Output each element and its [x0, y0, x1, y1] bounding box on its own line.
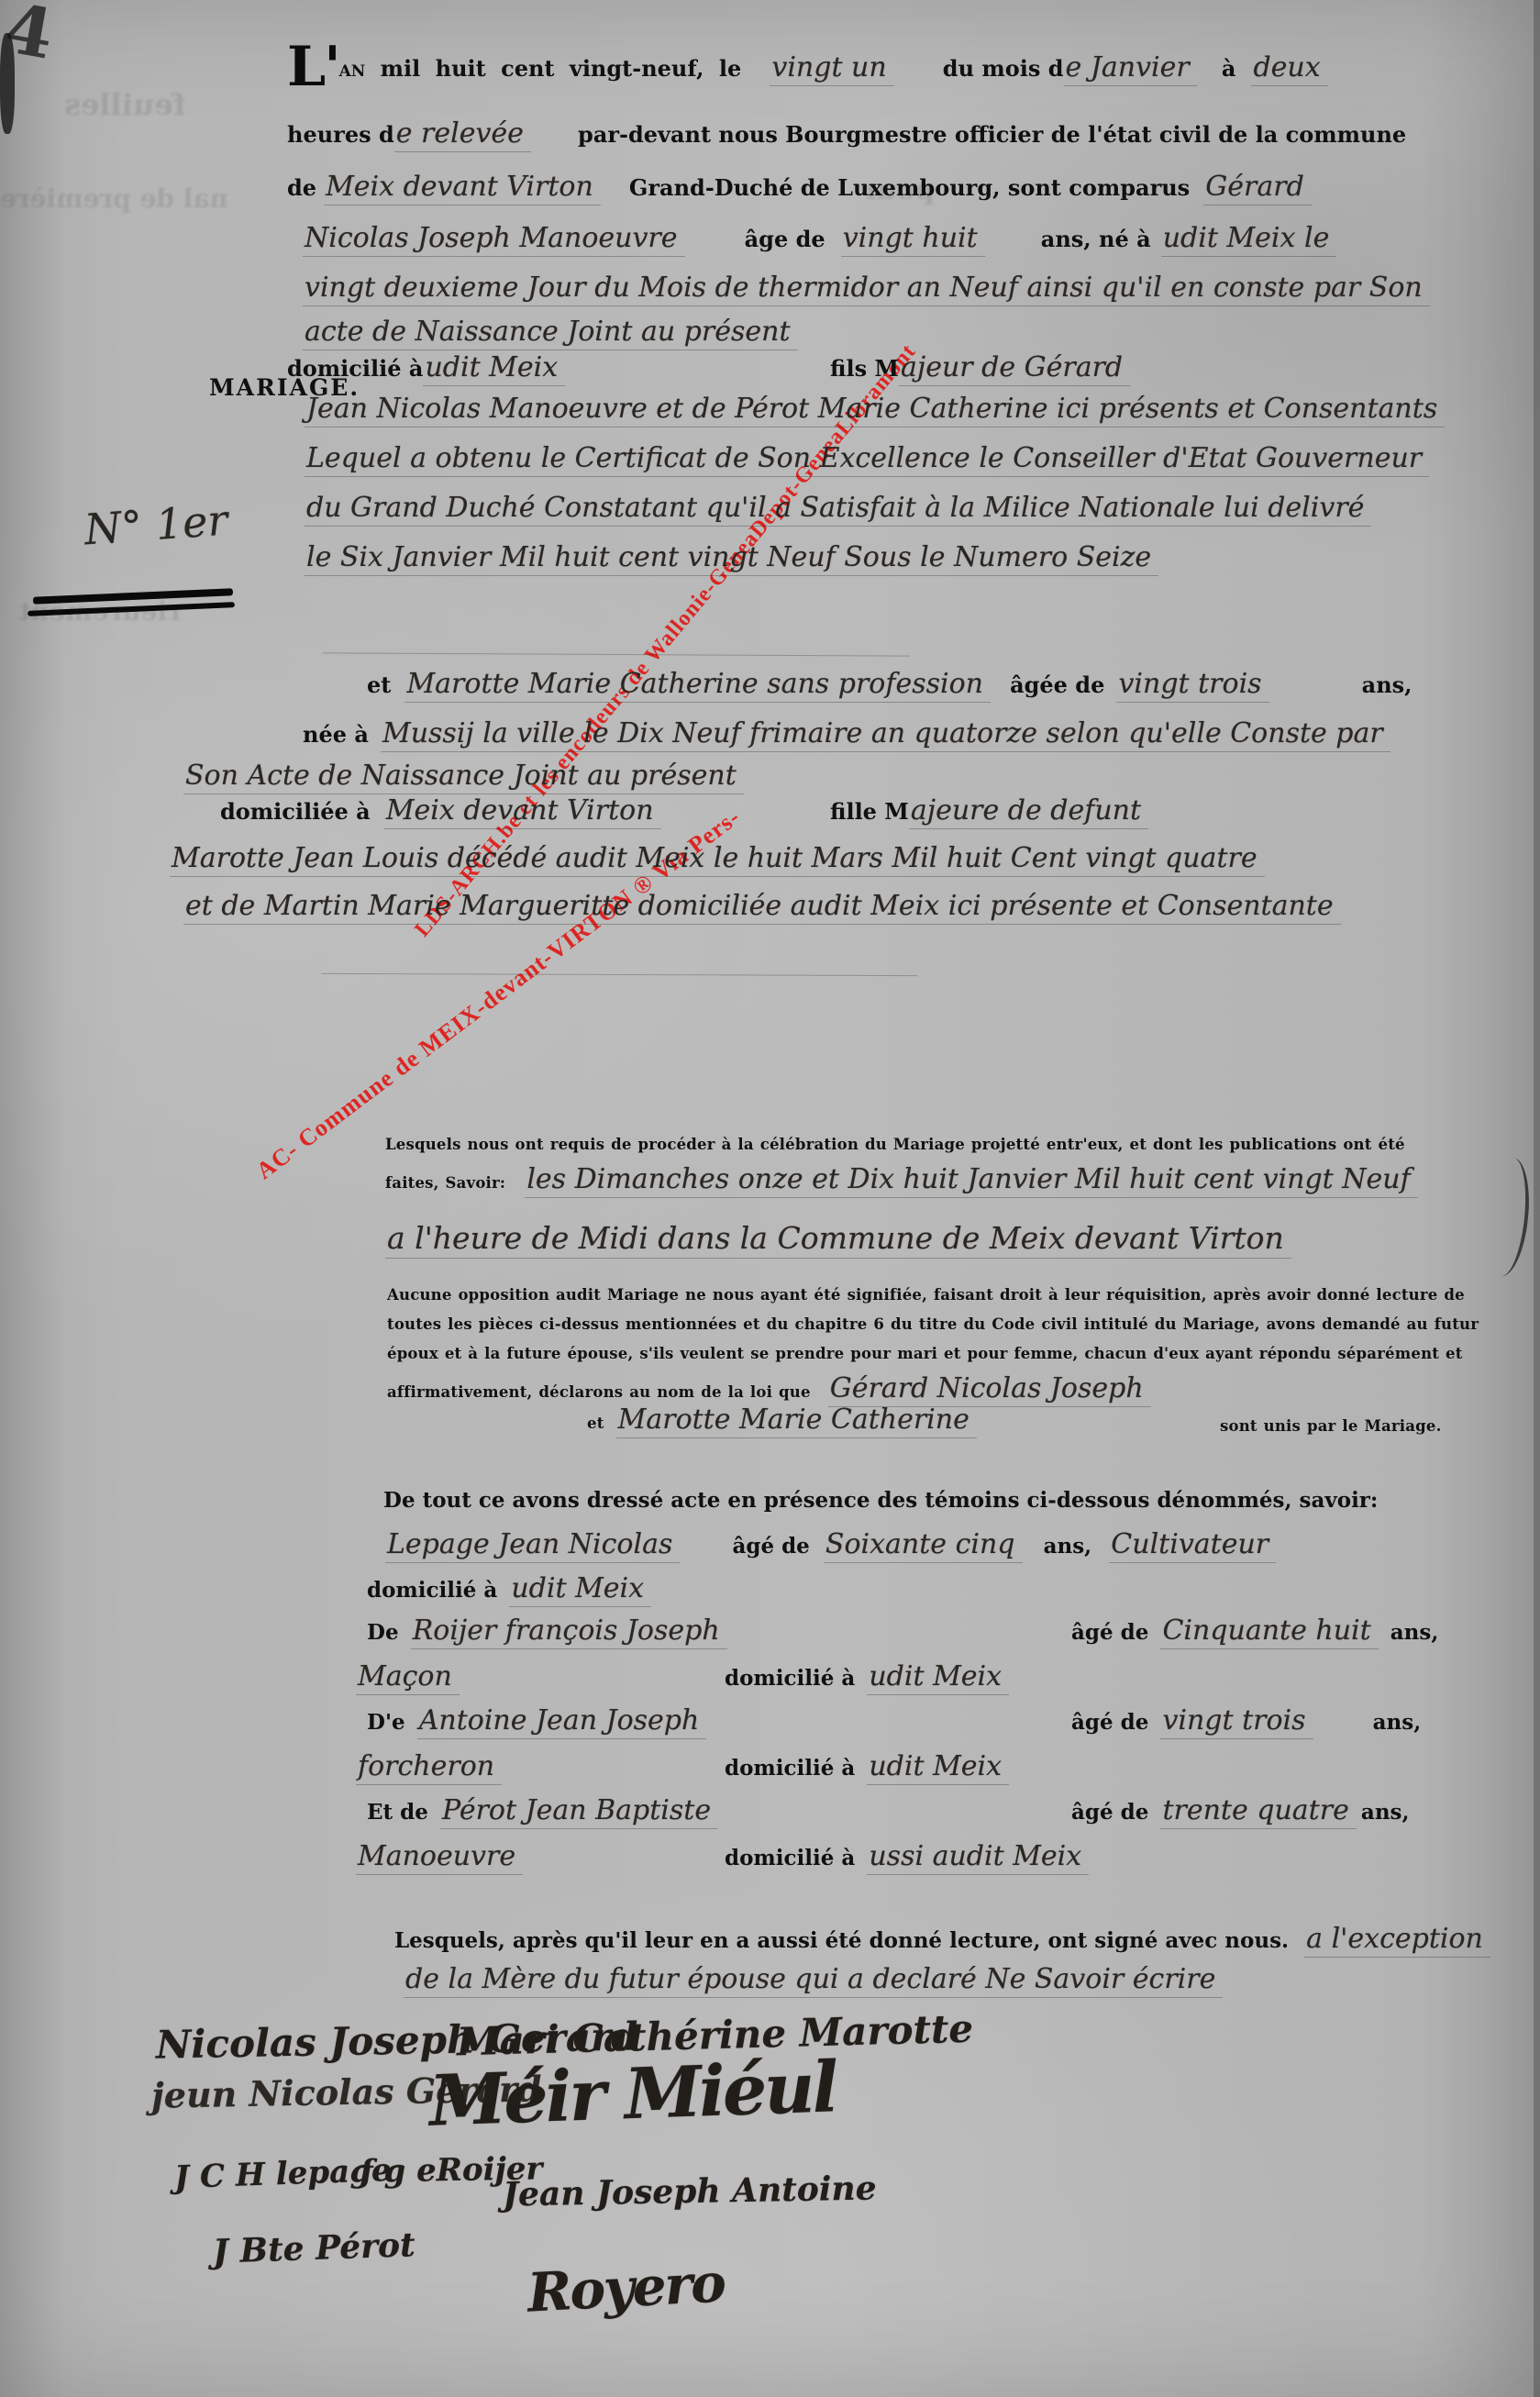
- militia-certificate-line: Lequel a obtenu le Certificat de Son Exc…: [305, 442, 1429, 475]
- printed-text: ans,: [1362, 671, 1413, 698]
- witness-domicile-row: domicilié à udit Meix: [725, 1660, 1009, 1693]
- printed-text: Grand-Duché de Luxembourg, sont comparus: [629, 174, 1190, 201]
- handwritten-exception: a l'exception: [1304, 1923, 1490, 1958]
- printed-text: âgé de: [732, 1534, 809, 1559]
- handwritten-commune: Meix devant Virton: [324, 171, 601, 205]
- bleedthrough-text: nal de première: [0, 183, 228, 214]
- handwritten-domicile: udit Meix: [867, 1660, 1009, 1695]
- witnesses-intro-line: De tout ce avons dressé acte en présence…: [383, 1488, 1378, 1514]
- bleedthrough-text: feuilles: [64, 87, 185, 122]
- pen-flourish: [1487, 1156, 1534, 1278]
- handwritten-exception-detail: de la Mère du futur épouse qui a declaré…: [404, 1963, 1223, 1998]
- signature-officer: Royero: [526, 2251, 726, 2324]
- closing-line-1: Lesquels, après qu'il leur en a aussi ét…: [394, 1923, 1490, 1956]
- witness-age-cell: âgé de Cinquante huit ans,: [1071, 1615, 1438, 1648]
- ceremony-printed-line-4: affirmativement, déclarons au nom de la …: [387, 1372, 1151, 1405]
- handwritten-witness-name: Lepage Jean Nicolas: [385, 1528, 680, 1563]
- witness-job-cell: Manoeuvre: [356, 1840, 523, 1873]
- handwritten-text: e relevée: [394, 117, 531, 152]
- printed-text: domiciliée à: [220, 798, 371, 825]
- act-header-line-2: heures de relevée par-devant nous Bourgm…: [287, 117, 1406, 150]
- bride-mother-line: et de Martin Marie Margueritte domicilié…: [183, 890, 1341, 923]
- scan-edge-shadow: [1534, 0, 1540, 2397]
- drop-capital: L': [287, 35, 339, 99]
- act-header-line-3: deMeix devant Virton Grand-Duché de Luxe…: [287, 171, 1312, 204]
- witness-job-cell: forcheron: [356, 1750, 502, 1783]
- printed-text: Lesquels nous ont requis de procéder à l…: [385, 1136, 1405, 1153]
- printed-text: Aucune opposition audit Mariage ne nous …: [387, 1286, 1465, 1304]
- handwritten-birth-record: acte de Naissance Joint au présent: [303, 316, 798, 350]
- handwritten-birthplace: udit Meix le: [1161, 222, 1337, 257]
- groom-filiation-line: fils Majeur de Gérard: [830, 351, 1130, 384]
- handwritten-domicile: udit Meix: [867, 1750, 1009, 1785]
- handwritten-groom-fullname: Gérard Nicolas Joseph: [828, 1372, 1151, 1407]
- witness-job-cell: Maçon: [356, 1660, 460, 1693]
- act-header-line-6: acte de Naissance Joint au présent: [303, 316, 798, 349]
- bride-line-2: née à Mussij la ville le Dix Neuf frimai…: [303, 717, 1390, 750]
- act-header-line-5: vingt deuxieme Jour du Mois de thermidor…: [303, 272, 1430, 305]
- handwritten-witness-age: trente quatre: [1160, 1794, 1356, 1829]
- marriage-act-scan-page: 4 feuilles nal de première pour rieureme…: [0, 0, 1540, 2397]
- printed-text: par-devant nous Bourgmestre officier de …: [578, 121, 1406, 148]
- handwritten-witness-job: Maçon: [356, 1660, 460, 1695]
- signature-flourish: Méir Miéul: [428, 2046, 837, 2141]
- act-header-line-4: Nicolas Joseph Manoeuvre âge de vingt hu…: [303, 222, 1336, 255]
- printed-text: Lesquels, après qu'il leur en a aussi ét…: [394, 1928, 1289, 1953]
- witness-domicile-row: domicilié à udit Meix: [367, 1572, 651, 1605]
- form-rule: [323, 652, 910, 656]
- printed-text: domicilié à: [725, 1756, 855, 1781]
- handwritten-domicile: udit Meix: [423, 351, 565, 386]
- handwritten-birthdate: vingt deuxieme Jour du Mois de thermidor…: [303, 272, 1430, 306]
- printed-text: âgé de: [1071, 1710, 1148, 1735]
- handwritten-groom-age: vingt huit: [841, 222, 985, 257]
- printed-text: âge de: [745, 226, 825, 252]
- printed-text: mil huit cent vingt-neuf, le: [365, 55, 741, 82]
- bride-line-3: Son Acte de Naissance Joint au présent: [183, 760, 744, 793]
- printed-text: domicilié à: [725, 1666, 855, 1691]
- militia-certificate-line: le Six Janvier Mil huit cent vingt Neuf …: [305, 541, 1158, 574]
- printed-text: âgée de: [1010, 671, 1104, 698]
- printed-text: fille M: [830, 798, 909, 825]
- ceremony-printed-line-1: Aucune opposition audit Mariage ne nous …: [387, 1286, 1465, 1304]
- printed-text: heures d: [287, 121, 394, 148]
- publications-line-3: a l'heure de Midi dans la Commune de Mei…: [385, 1220, 1291, 1257]
- signature-witness-4: J Bte Pérot: [212, 2225, 415, 2271]
- handwritten-witness-job: Cultivateur: [1109, 1528, 1276, 1563]
- printed-text: et: [367, 671, 391, 698]
- handwritten-text: ajeure de defunt: [909, 794, 1148, 829]
- handwritten-hour: deux: [1251, 51, 1327, 86]
- witness-age-cell: âgé de vingt trois ans,: [1071, 1704, 1421, 1737]
- printed-text: sont unis par le Mariage.: [1220, 1417, 1442, 1435]
- handwritten-text: Lequel a obtenu le Certificat de Son Exc…: [305, 442, 1429, 477]
- printed-text: née à: [303, 721, 369, 748]
- printed-text: domicilié à: [367, 1578, 497, 1603]
- printed-text: époux et à la future épouse, s'ils veule…: [387, 1345, 1463, 1362]
- witness-domicile-row: domicilié à udit Meix: [725, 1750, 1009, 1783]
- handwritten-bride-age: vingt trois: [1116, 668, 1269, 703]
- handwritten-bride-birth: Mussij la ville le Dix Neuf frimaire an …: [381, 717, 1390, 752]
- bride-line-1: et Marotte Marie Catherine sans professi…: [367, 668, 1413, 701]
- handwritten-text: du Grand Duché Constatant qu'il a Satisf…: [305, 492, 1371, 527]
- bride-filiation-line: fille Majeure de defunt: [830, 794, 1148, 827]
- corner-mark: 4: [0, 0, 60, 75]
- handwritten-text: Marotte Jean Louis décédé audit Meix le …: [170, 842, 1265, 877]
- handwritten-text: le Six Janvier Mil huit cent vingt Neuf …: [305, 541, 1158, 576]
- handwritten-text: Jean Nicolas Manoeuvre et de Pérot Marie…: [305, 393, 1445, 427]
- witness-domicile-row: domicilié à ussi audit Meix: [725, 1840, 1089, 1873]
- act-header-line-1: L'an mil huit cent vingt-neuf, le vingt …: [287, 48, 1328, 86]
- handwritten-publication-dates: les Dimanches onze et Dix huit Janvier M…: [525, 1163, 1417, 1198]
- handwritten-witness-age: Soixante cinq: [824, 1528, 1023, 1563]
- militia-certificate-line: du Grand Duché Constatant qu'il a Satisf…: [305, 492, 1371, 525]
- signature-witness-3: Jean Joseph Antoine: [503, 2169, 877, 2214]
- handwritten-witness-age: Cinquante huit: [1160, 1615, 1378, 1649]
- handwritten-publication-place: a l'heure de Midi dans la Commune de Mei…: [385, 1220, 1291, 1259]
- printed-text: de: [287, 174, 316, 201]
- publications-line-2: faites, Savoir: les Dimanches onze et Di…: [385, 1163, 1418, 1196]
- printed-text: à: [1222, 55, 1236, 82]
- ceremony-printed-line-2: toutes les pièces ci-dessus mentionnées …: [387, 1315, 1479, 1334]
- printed-text: faites, Savoir:: [385, 1174, 505, 1192]
- printed-text: et: [587, 1415, 604, 1432]
- printed-text: ans,: [1373, 1710, 1422, 1735]
- printed-text: domicilié à: [725, 1846, 855, 1870]
- witness-row: De Roijer françois Joseph: [367, 1615, 727, 1648]
- printed-text: De: [367, 1620, 399, 1645]
- handwritten-domicile: ussi audit Meix: [867, 1840, 1089, 1875]
- margin-act-number: N° 1er: [83, 495, 229, 556]
- groom-parents-line: Jean Nicolas Manoeuvre et de Pérot Marie…: [305, 393, 1445, 426]
- handwritten-day: vingt un: [770, 51, 893, 86]
- handwritten-witness-name: Antoine Jean Joseph: [417, 1704, 707, 1739]
- handwritten-domicile: udit Meix: [509, 1572, 651, 1607]
- printed-text: Et de: [367, 1800, 428, 1825]
- witness-row: Et de Pérot Jean Baptiste: [367, 1794, 718, 1827]
- handwritten-act-number: N° 1er: [83, 495, 229, 555]
- handwritten-father-firstname: ajeur de Gérard: [899, 351, 1130, 386]
- closing-line-2: de la Mère du futur épouse qui a declaré…: [404, 1963, 1223, 1996]
- printed-text: ans,: [1361, 1800, 1410, 1825]
- printed-text: fils M: [830, 355, 899, 382]
- handwritten-groom-name: Nicolas Joseph Manoeuvre: [303, 222, 685, 257]
- handwritten-domicile: Meix devant Virton: [384, 794, 661, 829]
- ceremony-bride-line: et Marotte Marie Catherine: [587, 1404, 977, 1437]
- ceremony-union-statement: sont unis par le Mariage.: [1220, 1417, 1442, 1436]
- printed-text: ans, né à: [1041, 226, 1151, 252]
- printed-text: du mois d: [943, 55, 1064, 82]
- handwritten-witness-name: Pérot Jean Baptiste: [440, 1794, 718, 1829]
- handwritten-bride-name: Marotte Marie Catherine sans profession: [404, 668, 991, 703]
- handwritten-text: et de Martin Marie Margueritte domicilié…: [183, 890, 1341, 925]
- printed-text: D'e: [367, 1710, 405, 1735]
- printed-text: toutes les pièces ci-dessus mentionnées …: [387, 1315, 1479, 1333]
- printed-text: âgé de: [1071, 1800, 1148, 1825]
- publications-printed-line-1: Lesquels nous ont requis de procéder à l…: [385, 1136, 1405, 1154]
- printed-text: âgé de: [1071, 1620, 1148, 1645]
- printed-text: affirmativement, déclarons au nom de la …: [387, 1383, 811, 1401]
- handwritten-groom-firstname: Gérard: [1203, 171, 1312, 205]
- bride-father-line: Marotte Jean Louis décédé audit Meix le …: [170, 842, 1265, 875]
- witness-age-cell: âgé de trente quatre ans,: [1071, 1794, 1410, 1827]
- printed-text: De tout ce avons dressé acte en présence…: [383, 1488, 1378, 1513]
- printed-text: ans,: [1044, 1534, 1092, 1559]
- handwritten-witness-name: Roijer françois Joseph: [411, 1615, 727, 1649]
- printed-text: an: [339, 55, 366, 82]
- printed-text: ans,: [1390, 1620, 1439, 1645]
- form-rule: [321, 973, 917, 976]
- handwritten-bride-fullname: Marotte Marie Catherine: [616, 1404, 977, 1438]
- handwritten-month: e Janvier: [1064, 51, 1197, 86]
- witness-row: D'e Antoine Jean Joseph: [367, 1704, 706, 1737]
- handwritten-witness-job: forcheron: [356, 1750, 502, 1785]
- witness-row: Lepage Jean Nicolas âgé de Soixante cinq…: [385, 1528, 1276, 1561]
- handwritten-birth-record: Son Acte de Naissance Joint au présent: [183, 760, 744, 794]
- handwritten-witness-job: Manoeuvre: [356, 1840, 523, 1875]
- bride-domicile-line: domiciliée à Meix devant Virton: [220, 794, 661, 827]
- handwritten-witness-age: vingt trois: [1160, 1704, 1313, 1739]
- ceremony-printed-line-3: époux et à la future épouse, s'ils veule…: [387, 1345, 1463, 1363]
